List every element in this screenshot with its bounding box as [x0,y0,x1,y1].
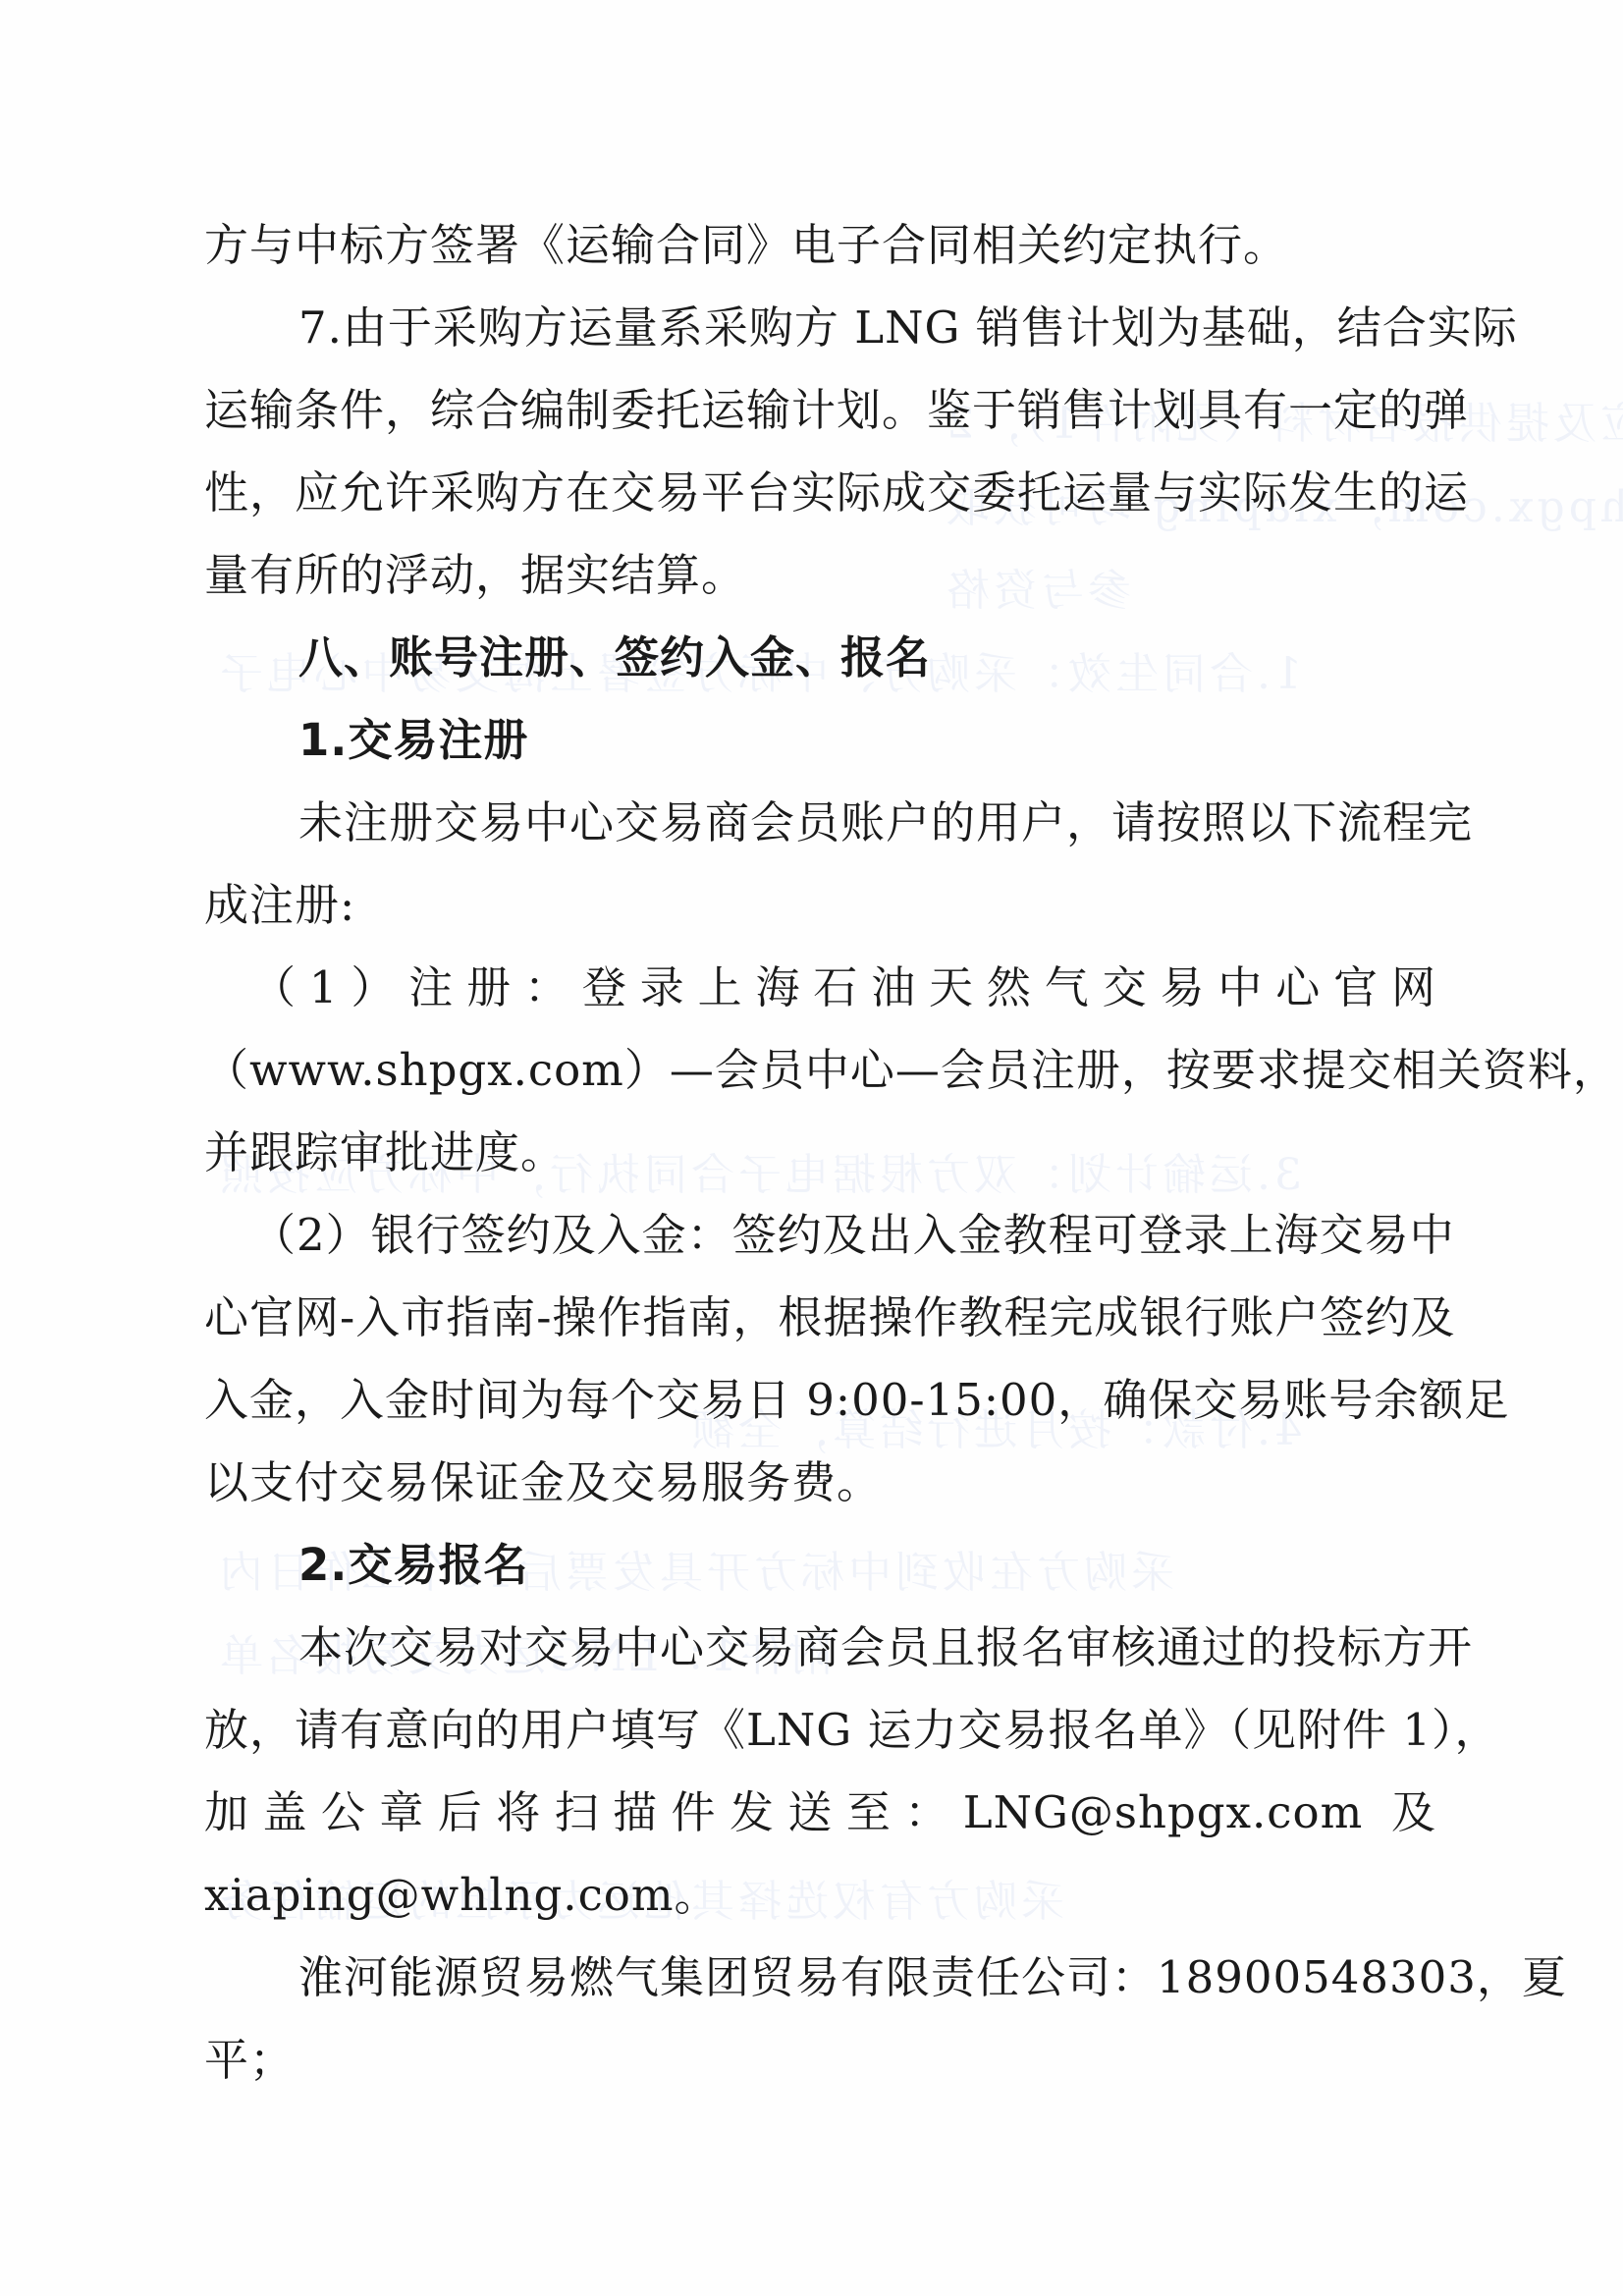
paragraph-line: 本次交易对交易中心交易商会员且报名审核通过的投标方开 [204,1620,1436,1703]
paragraph-line: 成注册: [204,878,1436,960]
subsection-heading-signup: 2.交易报名 [204,1538,1436,1620]
paragraph-line: 方与中标方签署《运输合同》电子合同相关约定执行。 [204,218,1436,301]
paragraph-line: 7.由于采购方运量系采购方 LNG 销售计划为基础，结合实际 [204,301,1436,383]
paragraph-line-email: xiaping@whlng.com。 [204,1868,1436,1950]
subsection-heading-registration: 1.交易注册 [204,713,1436,795]
paragraph-line: 未注册交易中心交易商会员账户的用户，请按照以下流程完 [204,795,1436,878]
paragraph-line: 并跟踪审批进度。 [204,1125,1436,1208]
section-heading: 八、账号注册、签约入金、报名 [204,630,1436,713]
paragraph-line-website: （www.shpgx.com）—会员中心—会员注册，按要求提交相关资料， [204,1043,1436,1125]
document-page: 排名应及提供报名材料（见附件1），2送至 LNGshpgx.com，xiapin… [0,0,1623,2296]
document-body: 方与中标方签署《运输合同》电子合同相关约定执行。 7.由于采购方运量系采购方 L… [204,218,1436,2115]
paragraph-line: 性，应允许采购方在交易平台实际成交委托运量与实际发生的运 [204,465,1436,548]
paragraph-line-email: 加盖公章后将扫描件发送至：LNG@shpgx.com 及 [204,1785,1436,1868]
paragraph-line: 以支付交易保证金及交易服务费。 [204,1455,1436,1538]
paragraph-line-contact: 淮河能源贸易燃气集团贸易有限责任公司：18900548303，夏 [204,1950,1436,2033]
paragraph-line-deposit-hours: 入金，入金时间为每个交易日 9:00-15:00，确保交易账号余额足 [204,1373,1436,1455]
paragraph-line: （2）银行签约及入金：签约及出入金教程可登录上海交易中 [204,1208,1436,1290]
paragraph-line: 运输条件，综合编制委托运输计划。鉴于销售计划具有一定的弹 [204,383,1436,465]
paragraph-line: （1）注册：登录上海石油天然气交易中心官网 [204,960,1436,1043]
paragraph-line: 放，请有意向的用户填写《LNG 运力交易报名单》（见附件 1）， [204,1703,1436,1785]
paragraph-line: 心官网-入市指南-操作指南，根据操作教程完成银行账户签约及 [204,1290,1436,1373]
paragraph-line-contact: 平； [204,2033,1436,2115]
paragraph-line: 量有所的浮动，据实结算。 [204,548,1436,630]
